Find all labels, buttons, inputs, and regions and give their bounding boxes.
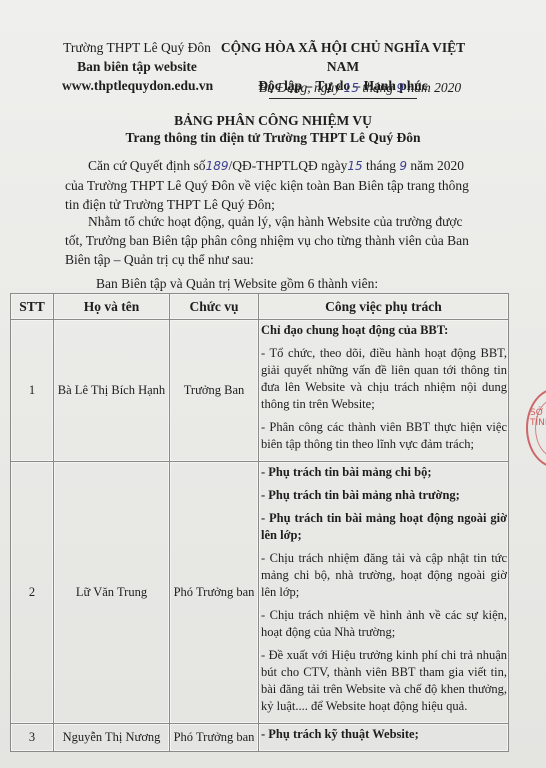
task-item: - Phụ trách kỹ thuật Website;	[261, 726, 507, 743]
document-title: BẢNG PHÂN CÔNG NHIỆM VỤ	[0, 113, 546, 129]
assignment-table: STT Họ và tên Chức vụ Công việc phụ trác…	[10, 293, 509, 752]
red-stamp: SỞTỈNH	[526, 388, 546, 468]
cell-position: Trưởng Ban	[170, 320, 259, 462]
document-subtitle: Trang thông tin điện tử Trường THPT Lê Q…	[0, 130, 546, 146]
task-item: - Đề xuất với Hiệu trưởng kinh phí chi t…	[261, 647, 507, 715]
header-name: Họ và tên	[54, 294, 170, 320]
table-row: 3Nguyễn Thị NươngPhó Trưởng ban- Phụ trá…	[11, 724, 509, 752]
header-stt: STT	[11, 294, 54, 320]
handwritten-decision-no: 189	[206, 159, 229, 173]
paragraph-purpose: Nhằm tổ chức hoạt động, quản lý, vận hàn…	[65, 212, 478, 269]
task-item: - Phân công các thành viên BBT thực hiện…	[261, 419, 507, 453]
cell-name: Lữ Văn Trung	[54, 462, 170, 724]
cell-stt: 2	[11, 462, 54, 724]
paragraph-members: Ban Biên tập và Quản trị Website gồm 6 t…	[96, 274, 509, 293]
cell-position: Phó Trưởng ban	[170, 724, 259, 752]
board-name: Ban biên tập website	[62, 57, 212, 76]
task-item: - Chịu trách nhiệm về hình ảnh về các sự…	[261, 607, 507, 641]
table-row: 2Lữ Văn TrungPhó Trưởng ban- Phụ trách t…	[11, 462, 509, 724]
table-row: 1Bà Lê Thị Bích HạnhTrưởng BanChỉ đạo ch…	[11, 320, 509, 462]
school-name: Trường THPT Lê Quý Đôn	[62, 38, 212, 57]
table-header-row: STT Họ và tên Chức vụ Công việc phụ trác…	[11, 294, 509, 320]
task-item: - Tổ chức, theo dõi, điều hành hoạt động…	[261, 345, 507, 413]
paragraph-basis: Căn cứ Quyết định số189/QĐ-THPTLQĐ ngày1…	[65, 156, 478, 214]
header-position: Chức vụ	[170, 294, 259, 320]
date-line: Bù Đăng, ngày 15 tháng 9 năm 2020	[240, 80, 480, 96]
nation-name: CỘNG HÒA XÃ HỘI CHỦ NGHĨA VIỆT NAM	[212, 38, 474, 76]
cell-name: Bà Lê Thị Bích Hạnh	[54, 320, 170, 462]
task-item: - Chịu trách nhiệm đăng tải và cập nhật …	[261, 550, 507, 601]
task-item: - Phụ trách tin bài mảng chi bộ;	[261, 464, 507, 481]
document-page: Trường THPT Lê Quý Đôn Ban biên tập webs…	[0, 0, 546, 768]
cell-name: Nguyễn Thị Nương	[54, 724, 170, 752]
handwritten-day: 15	[344, 81, 359, 95]
motto-underline	[269, 98, 417, 99]
issuer-block: Trường THPT Lê Quý Đôn Ban biên tập webs…	[62, 38, 212, 95]
website-url: www.thptlequydon.edu.vn	[62, 76, 212, 95]
task-item: Chỉ đạo chung hoạt động của BBT:	[261, 322, 507, 339]
cell-position: Phó Trưởng ban	[170, 462, 259, 724]
stamp-text: SỞTỈNH	[530, 408, 546, 428]
cell-stt: 1	[11, 320, 54, 462]
cell-tasks: Chỉ đạo chung hoạt động của BBT:- Tổ chứ…	[259, 320, 509, 462]
task-item: - Phụ trách tin bài mảng nhà trường;	[261, 487, 507, 504]
header-tasks: Công việc phụ trách	[259, 294, 509, 320]
cell-tasks: - Phụ trách kỹ thuật Website;	[259, 724, 509, 752]
cell-stt: 3	[11, 724, 54, 752]
handwritten-month: 9	[396, 81, 404, 95]
cell-tasks: - Phụ trách tin bài mảng chi bộ;- Phụ tr…	[259, 462, 509, 724]
handwritten-day: 15	[347, 159, 362, 173]
task-item: - Phụ trách tin bài mảng hoạt động ngoài…	[261, 510, 507, 544]
handwritten-month: 9	[399, 159, 407, 173]
